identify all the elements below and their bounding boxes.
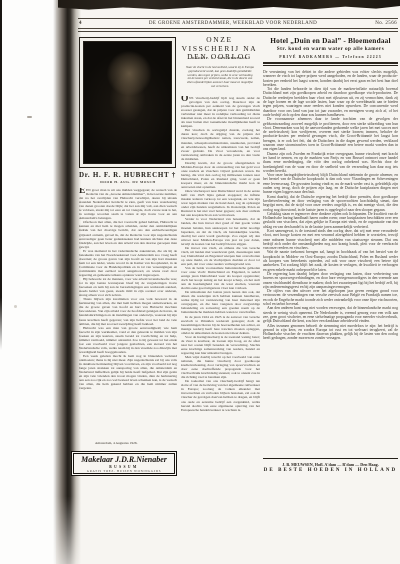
nienaber-ad-note: GRATIS TOEZ. HUIZEN WONINGGIDS [72,469,176,473]
paragraph: Daarbij kwam, dat de groote afzetgebiede… [181,161,260,189]
paragraph: Aan den anderen kant mag niet worden ver… [263,306,398,323]
masthead: DE GROENE AMSTERDAMMER, WEEKBLAD VOOR NE… [109,21,357,26]
paragraph: De verruiming van het debiet in die ande… [263,70,398,87]
paragraph: Voor onze haringdrijfnetvisscherij blijf… [263,173,398,194]
running-head: 4 DE GROENE AMSTERDAMMER, WEEKBLAD VOOR … [78,18,398,32]
paragraph: De uitkomsten der laatste jaren leeren d… [181,290,260,314]
running-head-rule-bottom [78,28,398,32]
paragraph: Voor de haringvisscherij is de toestand … [181,335,260,355]
paragraph: De invoer van visch, en althans die van … [181,246,260,266]
newspaper-scan-page: { "colors": { "paper": "#f7f5f1", "ink":… [0,0,400,564]
paragraph: Gelukkig staan er tegenover deze donkere… [263,212,398,229]
scan-top-edge [58,0,400,12]
article-byline: DOOR P. E. VAN RENESSE [177,56,262,60]
portrait-photo-frame [79,37,176,168]
paragraph: Ofschoon met allen, die het voorrecht ge… [79,220,177,248]
paragraph: Verder is voor Nederland van beteekenis,… [181,217,260,245]
paragraph: Thans blijven zijn kwaliteiten voor ons … [79,297,177,325]
paragraph: Een week geleden mocht ik hem nog in bla… [79,354,177,390]
scan-speck [14,305,17,308]
paragraph: Er was niemand in het vaderlandsche zake… [79,249,177,277]
scan-edge-line [0,0,2,350]
running-head-rule-top [78,18,398,19]
obituary-dateline: Amsterdam, 4 Augustus 1926. [79,441,177,445]
portrait-photo [83,41,172,164]
paragraph: De regeering kan daarbij helpen door ver… [263,272,398,289]
paragraph: Van de beide voornaamste buitenlandsche … [181,266,260,290]
scan-left-margin [0,0,56,564]
paragraph: Hubrecht was een man van groote eenvoudi… [79,326,177,354]
paragraph: De cijfers van den uitvoer over het afge… [263,289,398,306]
nienaber-ad: Makelaar J.D.R.Nienaber BUSSUM GRATIS TO… [71,451,177,476]
paragraph: In de jaren 1924 en 1925 is de aanvoer v… [181,315,260,335]
paragraph: Het visschen in oorlogstijd duurde, zool… [181,128,260,160]
paragraph: EEN groot man is uit ons midden weggegaa… [79,188,177,220]
scan-speck [27,116,32,118]
paragraph: De toekomst van ons visscherij-bedrijf h… [181,379,260,411]
meuwsen-ad-rule [263,458,398,459]
paragraph: Alles tezamen genomen behoeft de stemmin… [263,324,398,341]
paragraph: Kort samengevat, is de toestand sinds de… [263,229,398,250]
obituary-title: Dr. H. F. R. HUBRECHT † [76,171,179,179]
page-number: 4 [79,21,109,26]
paragraph: Daarna zijn ook Zweden en Frankrijk erto… [263,152,398,173]
hotel-ad-rule [263,62,398,66]
paragraph: Hij behoorde tot de mannen, voor wie arb… [79,277,177,297]
issue-number: No. 2566 [357,21,397,26]
hotel-ad-subtitle: Str. koud en warm water op alle kamers [263,46,398,52]
paragraph: ONS visscherij-bedrijf lijdt nog steeds … [181,96,260,128]
obituary-body: EEN groot man is uit ons midden weggegaa… [79,188,177,439]
paragraph: Wat de naaste toekomst brengen zal, hang… [263,250,398,271]
paragraph: Komt daarbij, dat de Duitsche regeering … [263,195,398,212]
article-body-column: ONS visscherij-bedrijf lijdt nog steeds … [181,96,260,520]
article-continuation-column: De verruiming van het debiet in die ande… [263,70,398,456]
nienaber-ad-city: BUSSUM [72,465,176,469]
hotel-ad-title: Hotel „Duin en Daal” - Bloemendaal [263,36,398,45]
paragraph: Onze vischexport naar Duitschland werd i… [181,189,260,217]
meuwsen-ad-slogan: DE BESTE HOEDEN IN HOLLAND [263,468,398,473]
paragraph: De voornaamste afnemers daar te lande tr… [263,117,398,151]
hotel-ad-phone: PRIVÉ BADKAMERS — Telefoon 22223 [263,55,398,59]
obituary-byline: DOOR H. AUG. DU MOSCH [79,180,177,184]
meuwsen-ad-name: J. B. MEUWSEN, Hofl. A'dam — R'dam — Den… [263,462,398,467]
paragraph: Tot die landen behoorde in dien tijd van… [263,87,398,117]
article-headline-line1: ONZE VISSCHERIJ NA [177,36,262,53]
scan-spine-shadow [53,0,81,564]
nienaber-ad-name: Makelaar J.D.R.Nienaber [72,455,176,464]
paragraph: Men wijst daarbij terecht op het voorbee… [181,355,260,379]
article-epigraph: Naar de vlucht in de hoeveelheid, waarin… [186,66,254,89]
